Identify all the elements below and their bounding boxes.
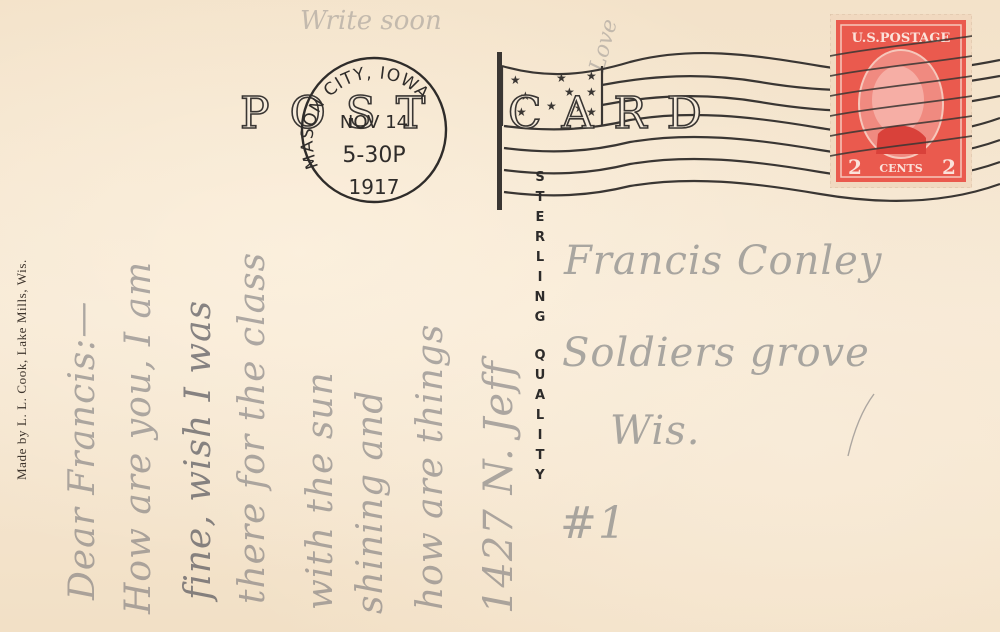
- slogan-letter: L: [533, 406, 547, 426]
- message-line-6: shining and: [350, 390, 391, 614]
- slogan-letter: E: [533, 208, 547, 228]
- message-line-7: how are things: [410, 324, 451, 610]
- slogan-letter: I: [533, 426, 547, 446]
- svg-text:★: ★: [510, 73, 521, 87]
- svg-text:U.S.POSTAGE: U.S.POSTAGE: [852, 31, 951, 46]
- slogan-letter: I: [533, 268, 547, 288]
- slogan-letter: G: [533, 308, 547, 328]
- message-line-4: there for the class: [232, 252, 273, 604]
- slogan-letter: U: [533, 366, 547, 386]
- svg-text:★: ★: [586, 69, 597, 83]
- address-town: Soldiers grove: [562, 330, 870, 376]
- address-number: #1: [560, 498, 627, 549]
- sterling-quality-slogan: STERLINGQUALITY: [533, 168, 547, 486]
- slogan-letter: S: [533, 168, 547, 188]
- svg-text:2: 2: [848, 155, 862, 179]
- pencil-stroke: [840, 390, 880, 460]
- postcard-back: Made by L. L. Cook, Lake Mills, Wis. Wri…: [0, 0, 1000, 632]
- slogan-letter: L: [533, 248, 547, 268]
- slogan-letter: A: [533, 386, 547, 406]
- postage-stamp: U.S.POSTAGE 2 CENTS 2: [830, 14, 972, 188]
- message-line-8: 1427 N. Jeff: [476, 360, 522, 614]
- message-line-5: with the sun: [300, 371, 341, 610]
- message-line-2: How are you, I am: [118, 261, 159, 614]
- postcard-title-card: CARD: [508, 88, 722, 139]
- address-name: Francis Conley: [564, 238, 882, 284]
- slogan-letter: R: [533, 228, 547, 248]
- svg-text:★: ★: [556, 71, 567, 85]
- svg-text:5-30P: 5-30P: [342, 143, 405, 168]
- postmark: MASON CITY, IOWA NOV 14 5-30P 1917: [296, 48, 452, 208]
- svg-text:CENTS: CENTS: [879, 162, 922, 175]
- slogan-letter: T: [533, 446, 547, 466]
- svg-text:NOV 14: NOV 14: [340, 112, 408, 133]
- svg-text:2: 2: [942, 155, 956, 179]
- message-line-3: fine, wish I was: [178, 300, 219, 600]
- address-state: Wis.: [610, 408, 700, 454]
- slogan-gap: [533, 328, 547, 346]
- slogan-letter: T: [533, 188, 547, 208]
- slogan-letter: Y: [533, 466, 547, 486]
- handwritten-top-note: Write soon: [300, 6, 442, 36]
- slogan-letter: N: [533, 288, 547, 308]
- svg-text:1917: 1917: [349, 175, 400, 199]
- publisher-imprint: Made by L. L. Cook, Lake Mills, Wis.: [14, 259, 30, 480]
- message-line-1: Dear Francis:—: [62, 301, 103, 600]
- slogan-letter: Q: [533, 346, 547, 366]
